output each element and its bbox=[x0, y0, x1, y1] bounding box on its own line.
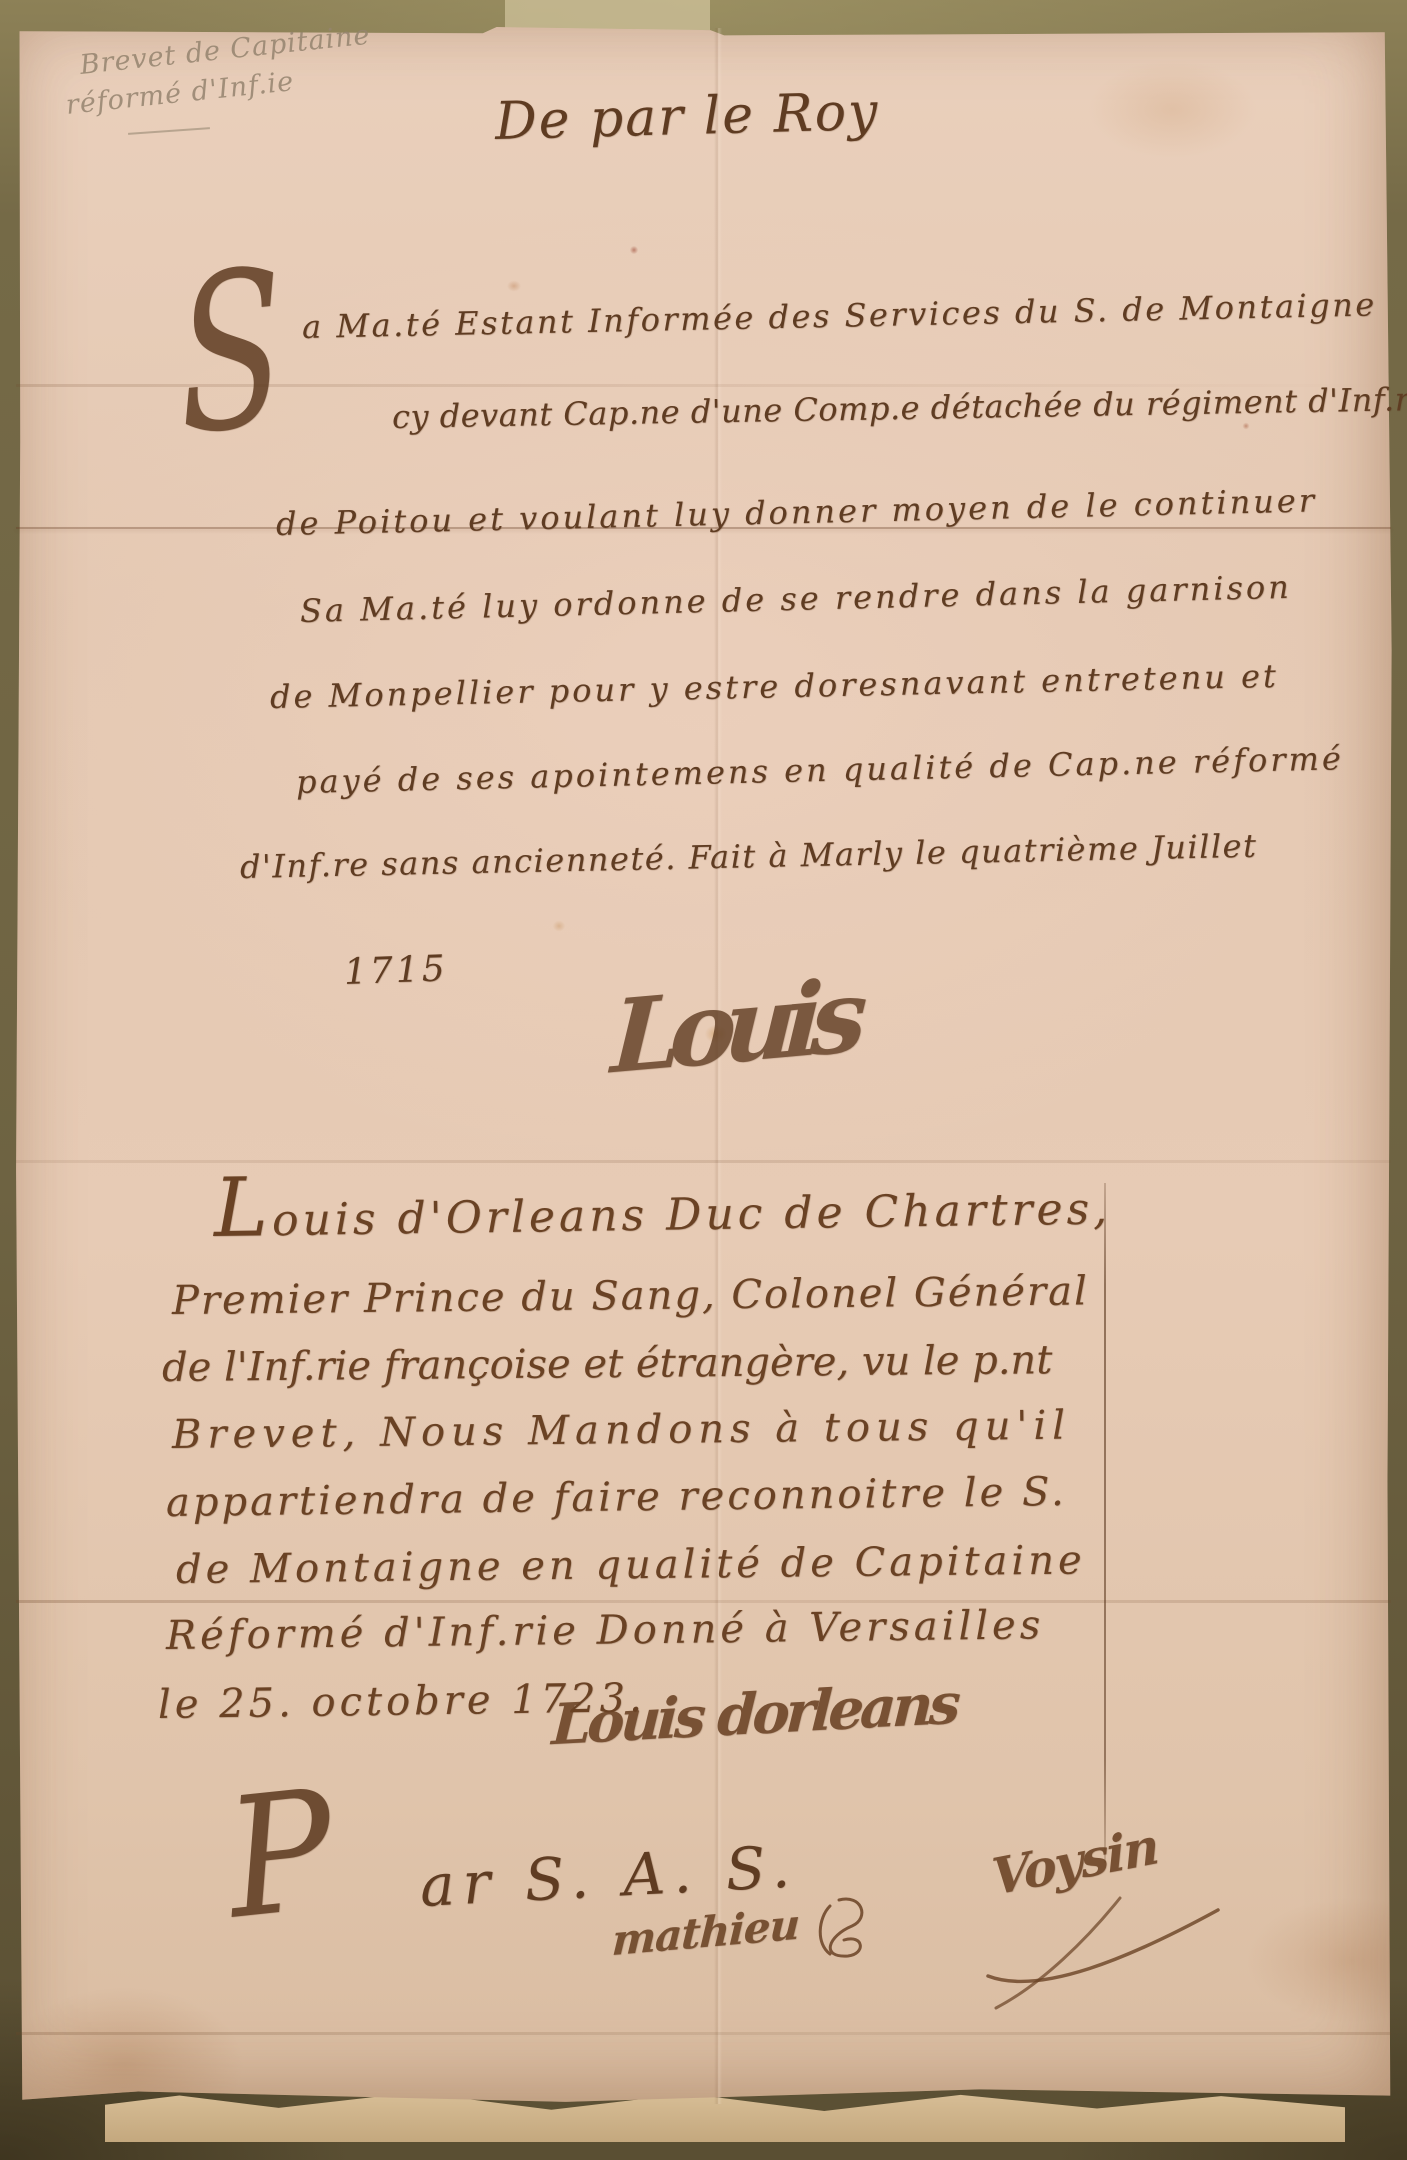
backing-tab bbox=[505, 0, 710, 30]
brevet-initial: S bbox=[173, 240, 290, 465]
order-line-4: Brevet, Nous Mandons à tous qu'il bbox=[172, 1403, 1071, 1458]
order-line-3: de l'Inf.rie françoise et étrangère, vu … bbox=[162, 1337, 1053, 1391]
brevet-year: 1715 bbox=[343, 948, 448, 993]
order-line-2: Premier Prince du Sang, Colonel Général bbox=[172, 1268, 1089, 1324]
paraph-flourish-icon bbox=[800, 1892, 878, 1970]
signature-flourish-icon bbox=[970, 1880, 1230, 2020]
order-line-6: de Montaigne en qualité de Capitaine bbox=[176, 1537, 1086, 1593]
par-initial: P bbox=[219, 1767, 341, 1942]
royal-signature: Louis bbox=[609, 956, 858, 1096]
document-photo: Brevet de Capitaine réformé d'Inf.ie De … bbox=[0, 0, 1407, 2160]
right-margin-line bbox=[1104, 1183, 1106, 1863]
document-heading: De par le Roy bbox=[494, 82, 880, 152]
